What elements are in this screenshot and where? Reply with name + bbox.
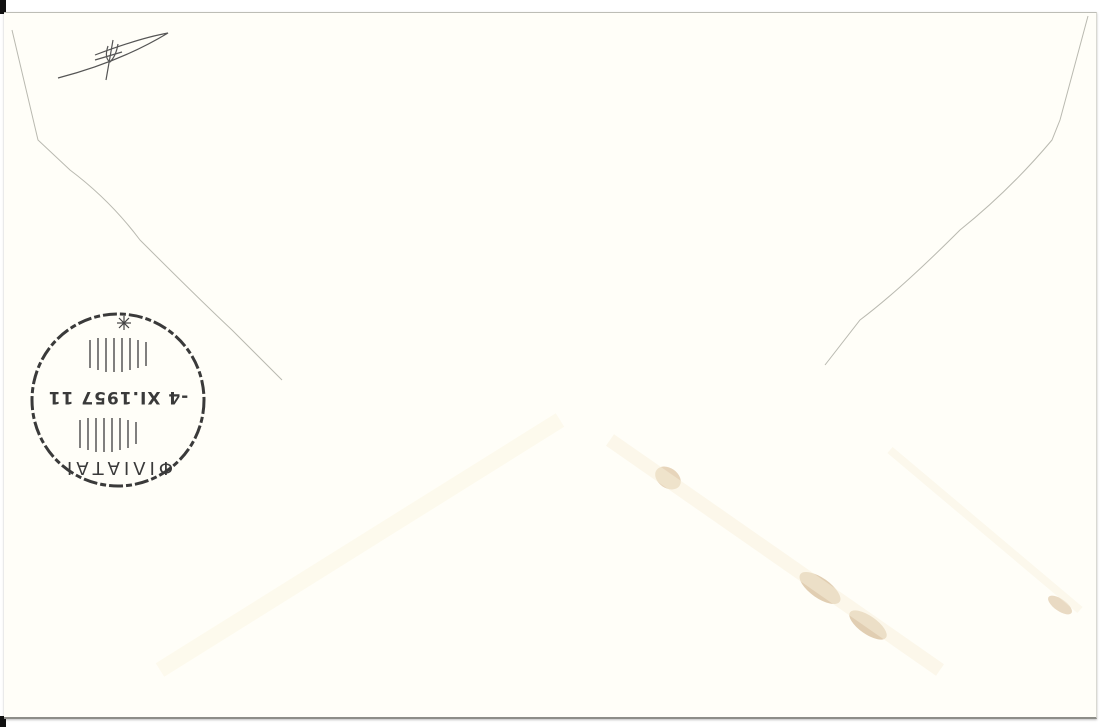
postmark: -4 XI.1957 11 ΦΙΛΙΑΤΑΙ <box>28 310 208 490</box>
star-ornament-icon <box>117 316 131 330</box>
pencil-signature-icon <box>58 33 168 80</box>
stain-marks <box>160 420 1080 670</box>
flap-edge-right <box>825 16 1088 365</box>
postmark-date: -4 XI.1957 11 <box>48 387 189 407</box>
postmark-town: ΦΙΛΙΑΤΑΙ <box>63 457 173 478</box>
